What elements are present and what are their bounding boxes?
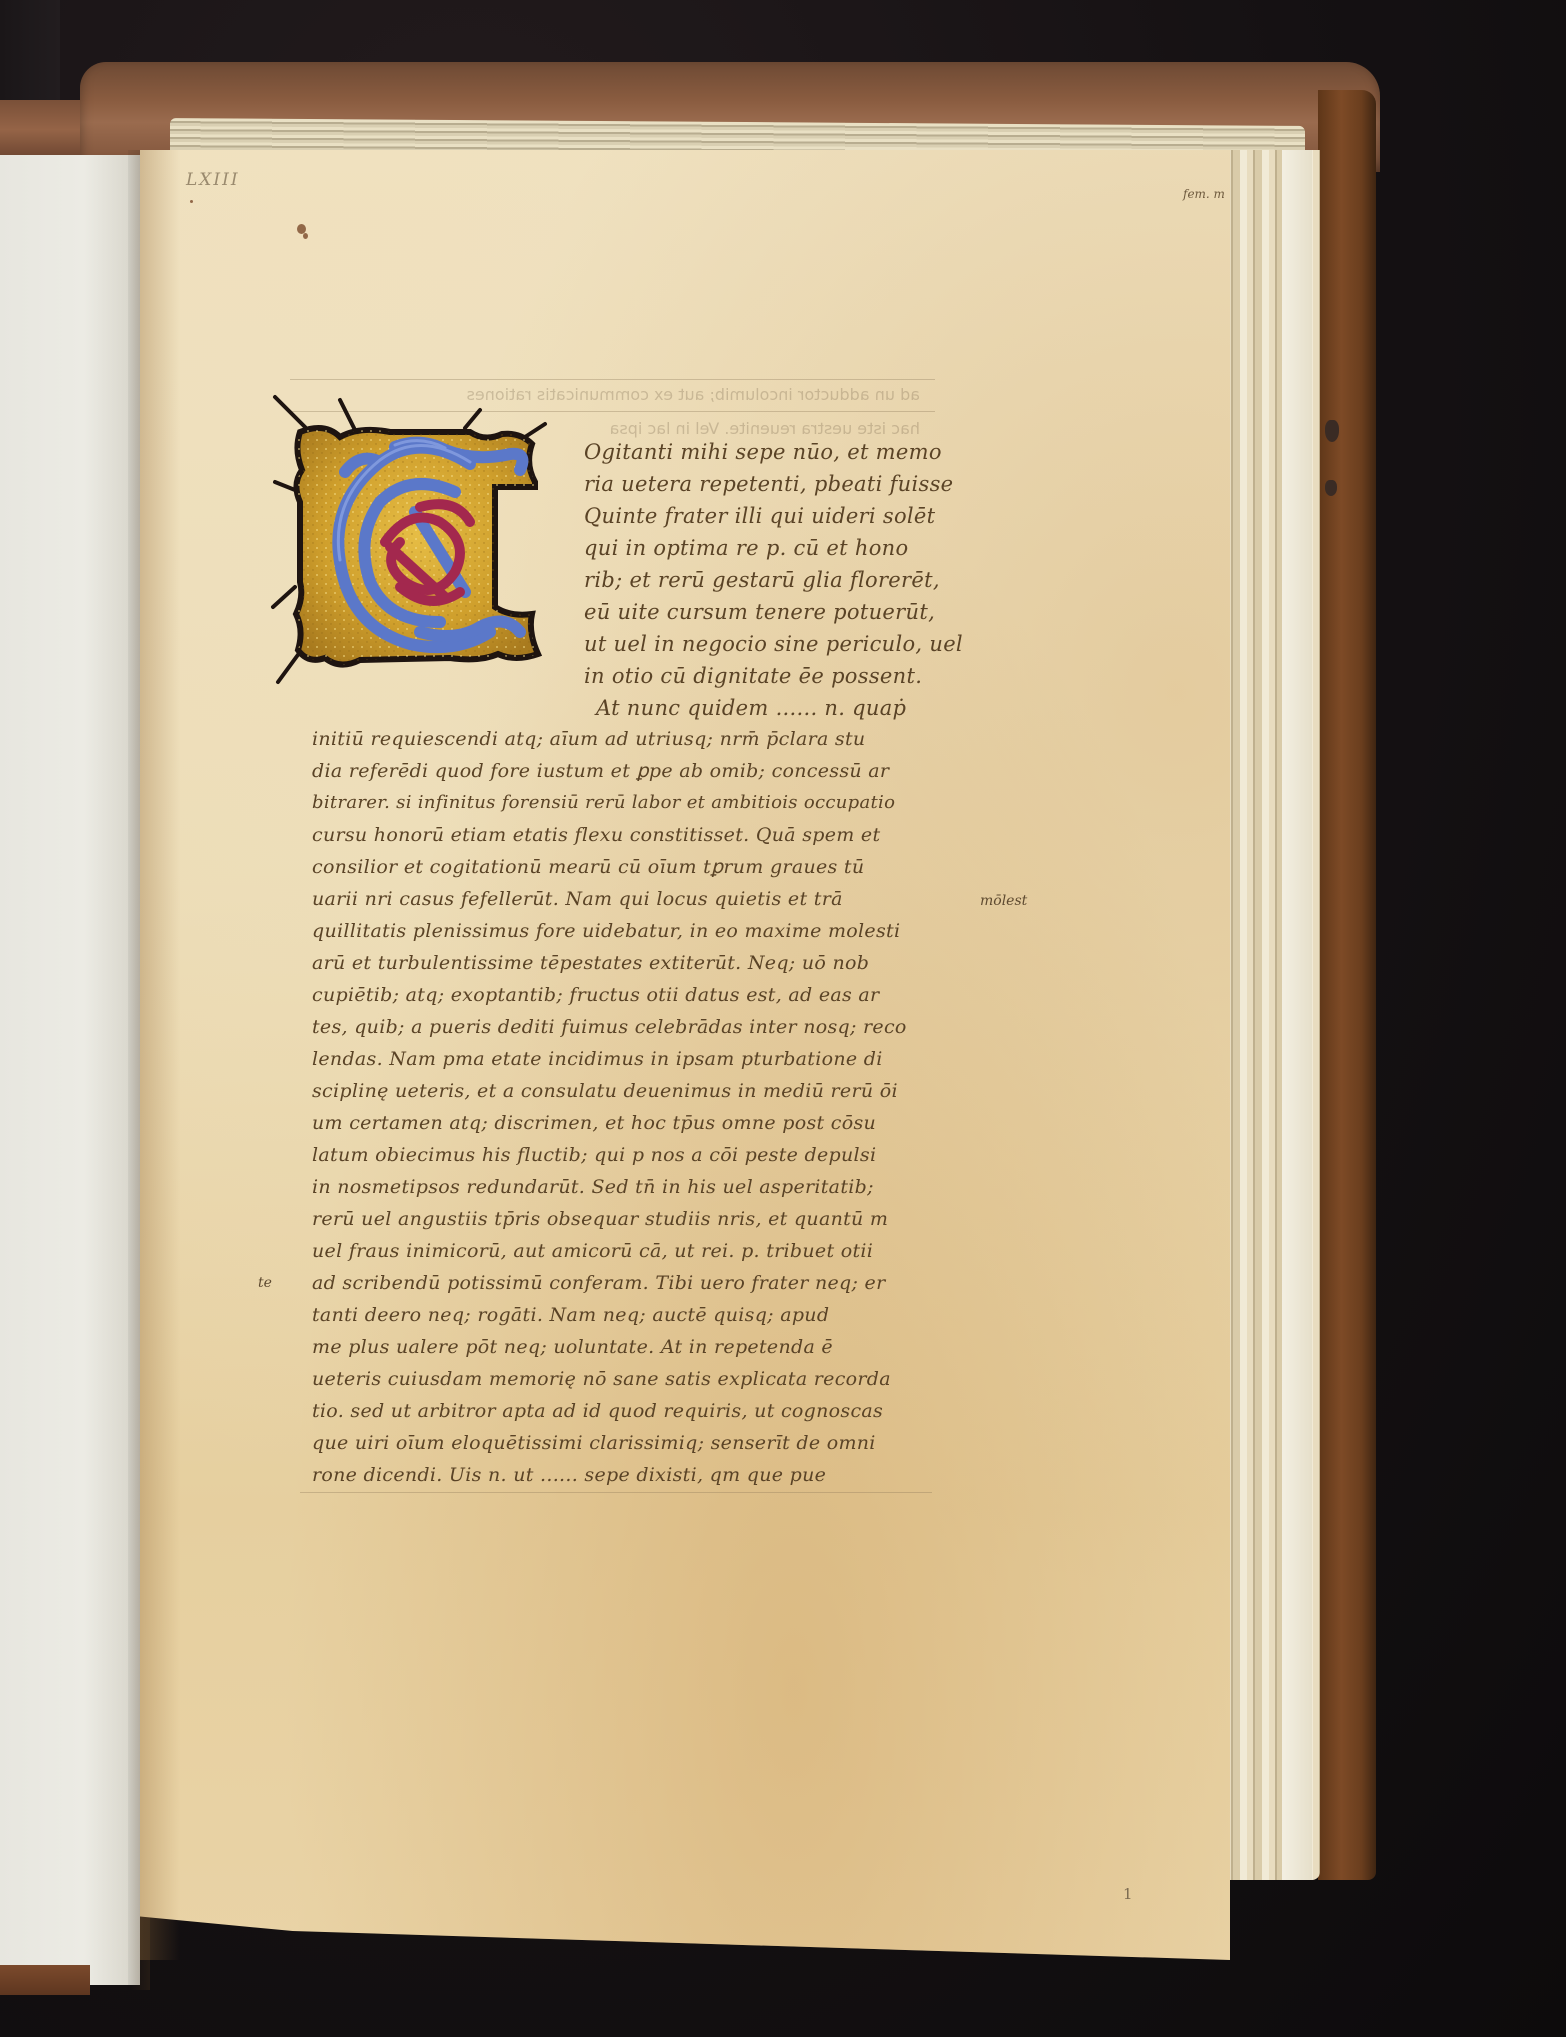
text-line: eū uite cursum tenere potuerūt, [584,600,935,624]
folio-number: LXIII [186,170,240,190]
text-line: Ogitanti mihi sepe nūo, et memo [584,440,942,464]
text-line: consilior et cogitationū mearū cū oīum t… [312,856,864,878]
top-right-note: fem. m [1183,187,1225,201]
text-line: initiū requiescendi atq; aīum ad utriusq… [312,728,865,750]
text-line: uarii nri casus fefellerūt. Nam qui locu… [312,888,843,910]
text-line: cursu honorū etiam etatis flexu constiti… [312,824,880,846]
clasp-nail-icon [1325,480,1337,496]
text-line: rerū uel angustiis tp̄ris obsequar studi… [312,1208,888,1230]
text-line: in nosmetipsos redundarūt. Sed tn̄ in hi… [312,1176,874,1198]
text-line: tes, quib; a pueris dediti fuimus celebr… [312,1016,907,1038]
clasp-nail-icon [1325,420,1339,442]
text-line: At nunc quidem ...... n. quaṗ [596,696,906,720]
margin-note-left: te [258,1275,272,1291]
text-line: cupiētib; atq; exoptantib; fructus otii … [312,984,879,1006]
text-line: tio. sed ut arbitror apta ad id quod req… [312,1400,883,1422]
text-line: Quinte frater illi qui uideri solēt [584,504,935,528]
text-line: lendas. Nam pma etate incidimus in ipsam… [312,1048,883,1070]
text-line: dia referēdi quod fore iustum et ꝑpe ab … [312,760,889,782]
text-line: in otio cū dignitate ēe possent. [584,664,922,688]
illuminated-initial-c [270,392,565,692]
text-line: ria uetera repetenti, pbeati fuisse [584,472,953,496]
ink-stain [190,200,193,203]
binding-bottom-left [0,1965,90,1995]
margin-note-right: mōlest [980,893,1027,909]
text-line: uel fraus inimicorū, aut amicorū cā, ut … [312,1240,873,1262]
text-line: rone dicendi. Uis n. ut ...... sepe dixi… [312,1464,826,1486]
text-line: ut uel in negocio sine periculo, uel [584,632,963,656]
ruling-line [300,1492,932,1493]
page-edges-right [1225,150,1320,1880]
text-line: me plus ualere pōt neq; uoluntate. At in… [312,1336,833,1358]
text-line: qui in optima re p. cū et hono [584,536,908,560]
gutter-shade [140,150,180,1960]
text-line: que uiri oīum eloquētissimi clarissimiq;… [312,1432,876,1454]
text-line: ueteris cuiusdam memorię nō sane satis e… [312,1368,891,1390]
ink-stain [303,233,308,239]
endleaf [1282,150,1312,1880]
text-line: rib; et rerū gestarū glia florerēt, [584,568,940,592]
text-line: ad scribendū potissimū conferam. Tibi ue… [312,1272,885,1294]
text-line: sciplinę ueteris, et a consulatu deuenim… [312,1080,898,1102]
text-line: quillitatis plenissimus fore uidebatur, … [312,920,900,942]
verso-page [0,155,140,1985]
bottom-signature-mark: 1 [1123,1885,1133,1903]
text-line: latum obiecimus his fluctib; qui p nos a… [312,1144,876,1166]
text-line: arū et turbulentissime tēpestates extite… [312,952,869,974]
leather-binding-fore-edge [1318,90,1376,1880]
text-line: um certamen atq; discrimen, et hoc tp̄us… [312,1112,876,1134]
ruling-line [290,379,935,380]
text-line: tanti deero neq; rogāti. Nam neq; auctē … [312,1304,829,1326]
text-line: bitrarer. si infinitus forensiū rerū lab… [312,792,895,813]
